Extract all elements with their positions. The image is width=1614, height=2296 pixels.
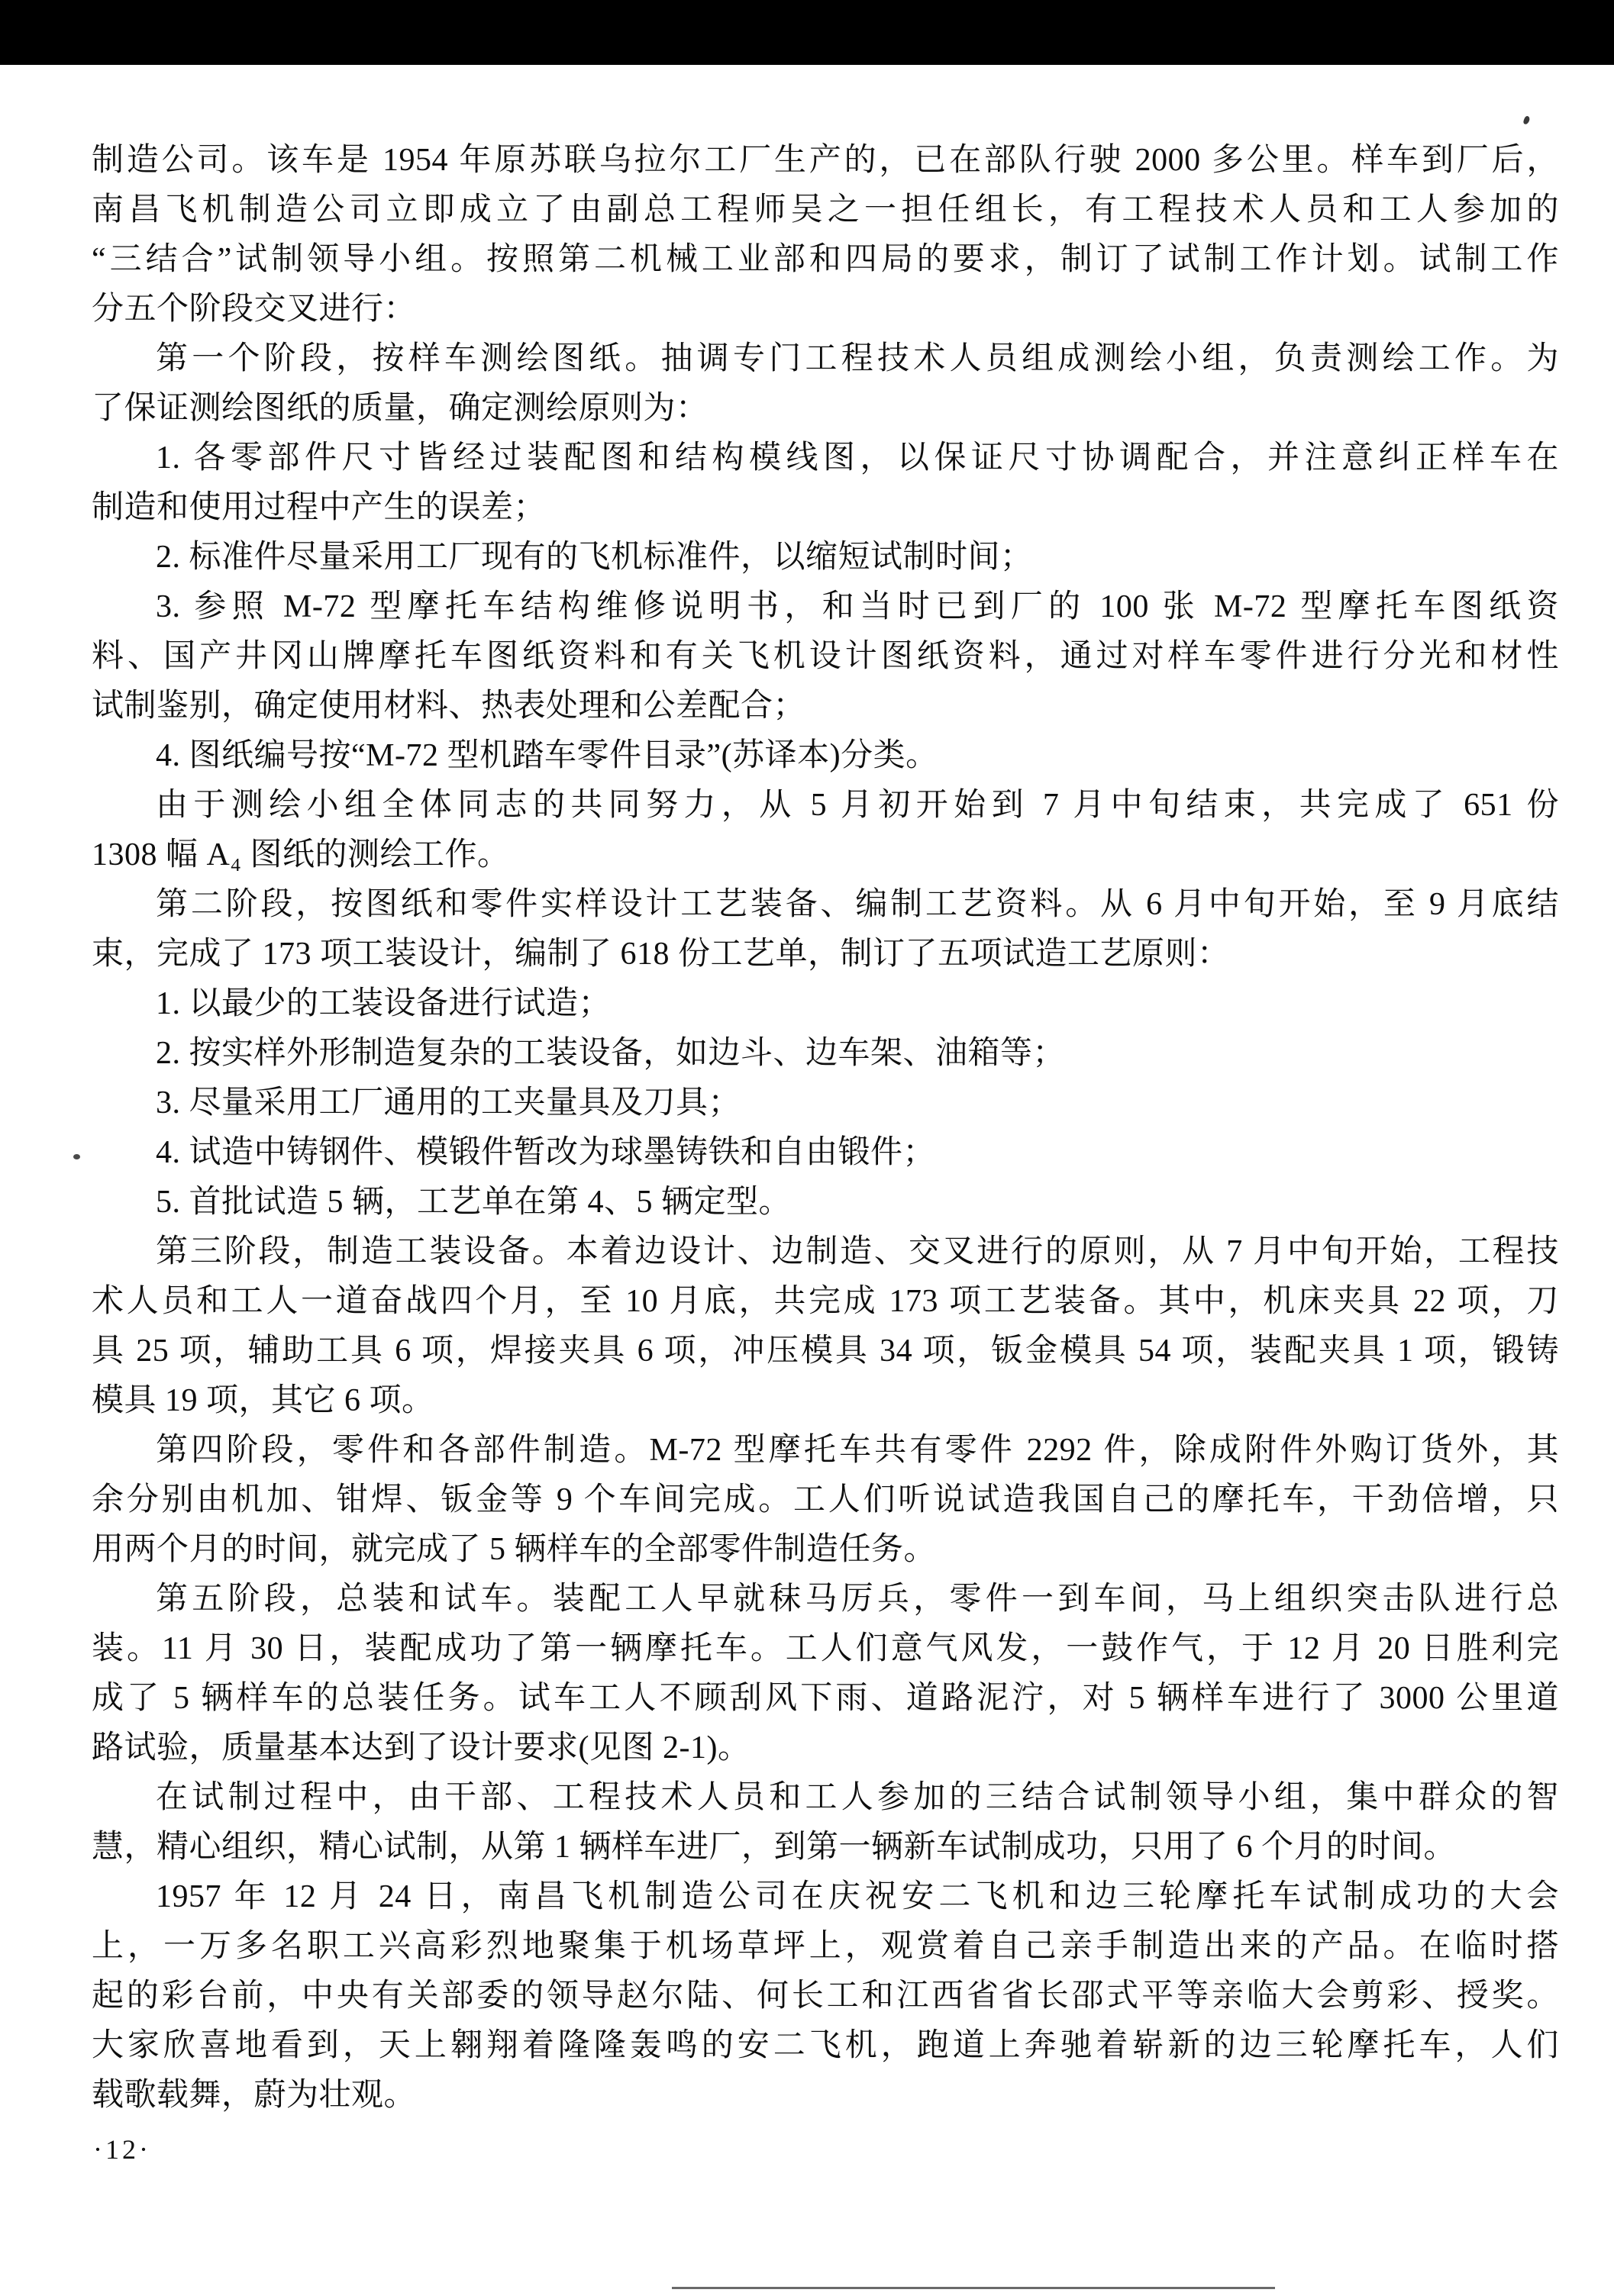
text-line: 路试验，质量基本达到了设计要求(见图 2-1)。 <box>92 1724 1559 1773</box>
text-line: 用两个月的时间，就完成了 5 辆样车的全部零件制造任务。 <box>92 1525 1559 1575</box>
text-line: 余分别由机加、钳焊、钣金等 9 个车间完成。工人们听说试造我国自己的摩托车，干劲… <box>92 1475 1559 1525</box>
text-line: 制造和使用过程中产生的误差； <box>92 483 1559 533</box>
scan-bottom-line-artifact <box>672 2287 1275 2289</box>
text-line: 术人员和工人一道奋战四个月，至 10 月底，共完成 173 项工艺装备。其中，机… <box>92 1277 1559 1327</box>
text-line: 5. 首批试造 5 辆，工艺单在第 4、5 辆定型。 <box>92 1178 1559 1227</box>
text-line: 成了 5 辆样车的总装任务。试车工人不顾刮风下雨、道路泥泞，对 5 辆样车进行了… <box>92 1674 1559 1724</box>
text-line: 2. 按实样外形制造复杂的工装设备，如边斗、边车架、油箱等； <box>92 1029 1559 1079</box>
page-number: ·12· <box>93 2133 151 2165</box>
text-line: 4. 试造中铸钢件、模锻件暂改为球墨铸铁和自由锻件； <box>92 1128 1559 1178</box>
text-line: 上，一万多名职工兴高彩烈地聚集于机场草坪上，观赏着自己亲手制造出来的产品。在临时… <box>92 1922 1559 1972</box>
document-page: 制造公司。该车是 1954 年原苏联乌拉尔工厂生产的，已在部队行驶 2000 多… <box>0 0 1614 2296</box>
text-block: 制造公司。该车是 1954 年原苏联乌拉尔工厂生产的，已在部队行驶 2000 多… <box>92 136 1559 2120</box>
text-line: 慧，精心组织，精心试制，从第 1 辆样车进厂，到第一辆新车试制成功，只用了 6 … <box>92 1823 1559 1872</box>
text-line: 分五个阶段交叉进行： <box>92 285 1559 334</box>
text-line: 第四阶段，零件和各部件制造。M-72 型摩托车共有零件 2292 件，除成附件外… <box>92 1426 1559 1475</box>
text-line: 料、国产井冈山牌摩托车图纸资料和有关飞机设计图纸资料，通过对样车零件进行分光和材… <box>92 632 1559 682</box>
text-line: 起的彩台前，中央有关部委的领导赵尔陆、何长工和江西省省长邵式平等亲临大会剪彩、授… <box>92 1972 1559 2021</box>
scan-top-bar-artifact <box>0 0 1614 65</box>
text-line: 载歌载舞，蔚为壮观。 <box>92 2071 1559 2120</box>
text-line: 模具 19 项，其它 6 项。 <box>92 1376 1559 1426</box>
text-line: 制造公司。该车是 1954 年原苏联乌拉尔工厂生产的，已在部队行驶 2000 多… <box>92 136 1559 185</box>
text-line: 1957 年 12 月 24 日，南昌飞机制造公司在庆祝安二飞机和边三轮摩托车试… <box>92 1872 1559 1922</box>
text-line: 1308 幅 A₄ 图纸的测绘工作。 <box>92 830 1559 880</box>
text-line: “三结合”试制领导小组。按照第二机械工业部和四局的要求，制订了试制工作计划。试制… <box>92 235 1559 285</box>
text-line: 束，完成了 173 项工装设计，编制了 618 份工艺单，制订了五项试造工艺原则… <box>92 930 1559 979</box>
text-line: 4. 图纸编号按“M-72 型机踏车零件目录”(苏译本)分类。 <box>92 731 1559 781</box>
text-line: 由于测绘小组全体同志的共同努力，从 5 月初开始到 7 月中旬结束，共完成了 6… <box>92 781 1559 830</box>
text-line: 3. 尽量采用工厂通用的工夹量具及刀具； <box>92 1079 1559 1128</box>
text-line: 2. 标准件尽量采用工厂现有的飞机标准件，以缩短试制时间； <box>92 533 1559 582</box>
scan-speck-artifact <box>1522 115 1530 125</box>
text-line: 3. 参照 M-72 型摩托车结构维修说明书，和当时已到厂的 100 张 M-7… <box>92 582 1559 632</box>
text-line: 大家欣喜地看到，天上翱翔着隆隆轰鸣的安二飞机，跑道上奔驰着崭新的边三轮摩托车，人… <box>92 2021 1559 2071</box>
text-line: 1. 以最少的工装设备进行试造； <box>92 979 1559 1029</box>
text-line: 具 25 项，辅助工具 6 项，焊接夹具 6 项，冲压模具 34 项，钣金模具 … <box>92 1327 1559 1376</box>
text-line: 试制鉴别，确定使用材料、热表处理和公差配合； <box>92 682 1559 731</box>
text-line: 了保证测绘图纸的质量，确定测绘原则为： <box>92 384 1559 434</box>
text-line: 装。11 月 30 日，装配成功了第一辆摩托车。工人们意气风发，一鼓作气，于 1… <box>92 1624 1559 1674</box>
text-line: 第二阶段，按图纸和零件实样设计工艺装备、编制工艺资料。从 6 月中旬开始，至 9… <box>92 880 1559 930</box>
scan-speck-artifact <box>73 1154 80 1159</box>
text-line: 第一个阶段，按样车测绘图纸。抽调专门工程技术人员组成测绘小组，负责测绘工作。为 <box>92 334 1559 384</box>
text-line: 1. 各零部件尺寸皆经过装配图和结构模线图，以保证尺寸协调配合，并注意纠正样车在 <box>92 434 1559 483</box>
text-line: 第五阶段，总装和试车。装配工人早就秣马厉兵，零件一到车间，马上组织突击队进行总 <box>92 1575 1559 1624</box>
text-line: 在试制过程中，由干部、工程技术人员和工人参加的三结合试制领导小组，集中群众的智 <box>92 1773 1559 1823</box>
text-line: 第三阶段，制造工装设备。本着边设计、边制造、交叉进行的原则，从 7 月中旬开始，… <box>92 1227 1559 1277</box>
text-line: 南昌飞机制造公司立即成立了由副总工程师吴之一担任组长，有工程技术人员和工人参加的 <box>92 185 1559 235</box>
